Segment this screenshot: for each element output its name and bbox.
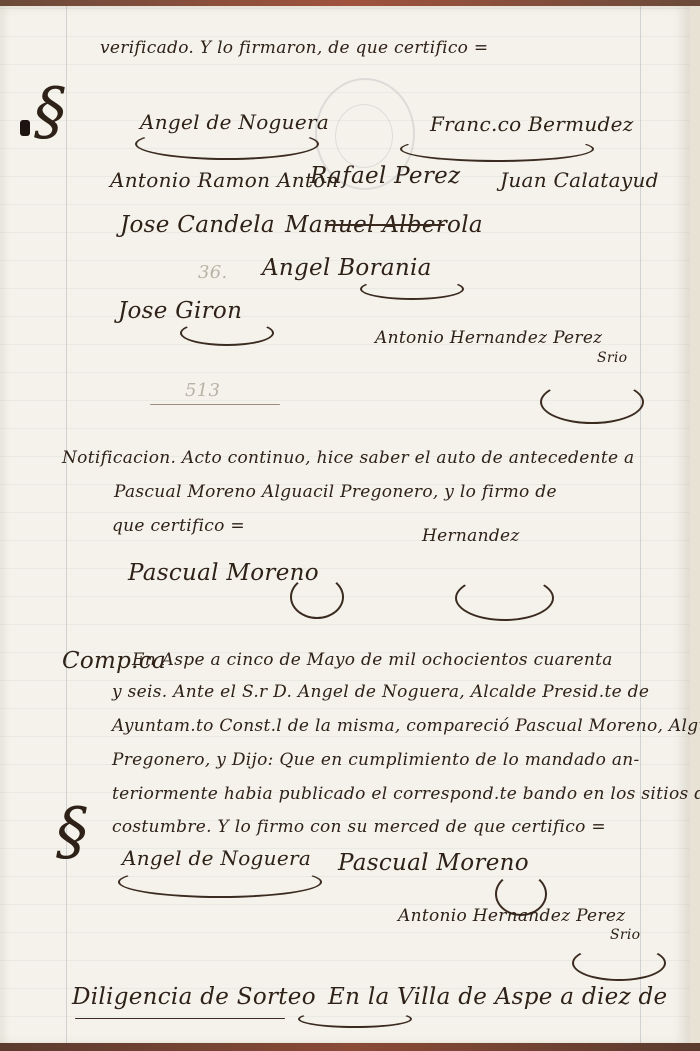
text-line: En la Villa de Aspe a diez de [328,984,667,1010]
signature-flourish-icon [360,278,464,300]
rubric-icon [455,575,554,621]
text-line: Pascual Moreno Alguacil Pregonero, y lo … [114,482,557,502]
title-abbrev: Srio [610,927,640,943]
signature-flourish-icon [290,575,344,619]
text-line: y seis. Ante el S.r D. Angel de Noguera,… [112,682,649,702]
book-binding-bottom [0,1043,700,1051]
signature-flourish-icon [118,866,322,898]
rubric-icon [572,945,666,981]
section-mark-icon: § [56,800,88,864]
text-line: Pregonero, y Dijo: Que en cumplimiento d… [112,750,640,770]
signature: Franc.co Bermudez [430,112,634,136]
right-margin-rule [640,6,641,1045]
signature: Juan Calatayud [500,168,659,192]
text-line: que certifico = [112,516,245,536]
bleed-through-number: 36. [198,262,228,283]
underline-flourish-icon [298,1010,412,1028]
page-edge [690,6,700,1045]
signature: Jose Candela [120,212,275,238]
strike-line [325,224,445,226]
signature: Pascual Moreno [338,850,529,876]
heading-underline [75,1018,285,1019]
signature: Hernandez [422,526,520,546]
signature: Rafael Perez [310,163,460,189]
title-abbrev: Srio [597,350,627,366]
ink-blot [20,120,30,136]
text-line: costumbre. Y lo firmo con su merced de q… [112,817,606,837]
signature: Antonio Hernandez Perez [398,906,625,926]
signature-flourish-icon [180,320,274,346]
signature: Antonio Hernandez Perez [375,328,602,348]
text-line: En Aspe a cinco de Mayo de mil ochocient… [132,650,613,670]
section-heading: Diligencia de Sorteo [72,984,316,1010]
text-line: Notificacion. Acto continuo, hice saber … [62,448,634,468]
signature-flourish-icon [135,128,319,160]
left-margin-rule [66,6,67,1045]
signature: Pascual Moreno [128,560,319,586]
rule-line [150,404,280,405]
archive-stamp-inner [335,104,393,168]
rubric-icon [540,380,644,424]
bleed-through-number: 513 [185,380,220,401]
text-line: Ayuntam.to Const.l de la misma, comparec… [112,716,700,736]
signature-flourish-icon [400,136,594,162]
signature: Antonio Ramon Anton [110,168,339,192]
text-line: verificado. Y lo firmaron, de que certif… [100,38,488,58]
text-line: teriormente habia publicado el correspon… [112,784,700,804]
section-mark-icon: § [34,80,66,144]
